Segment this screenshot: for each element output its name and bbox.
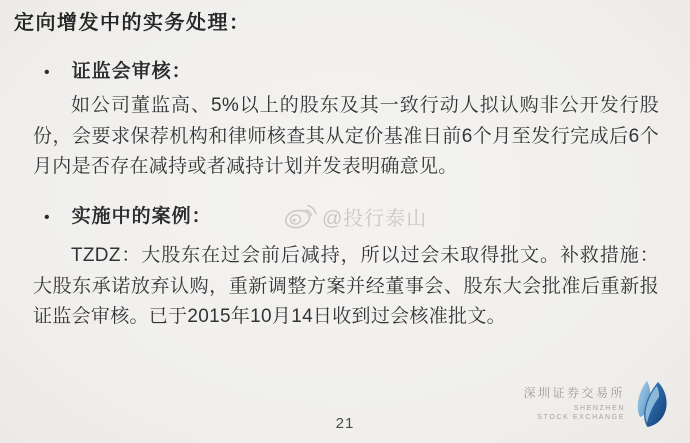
weibo-icon bbox=[283, 203, 317, 231]
bullet-label-csrc-review: 证监会审核： bbox=[72, 56, 192, 83]
bullet-item-csrc-review: • 证监会审核： bbox=[44, 56, 192, 83]
watermark-handle: @投行泰山 bbox=[322, 202, 427, 231]
watermark: @投行泰山 bbox=[283, 202, 427, 231]
bullet-item-case-in-practice: • 实施中的案例： bbox=[44, 201, 212, 228]
page-number: 21 bbox=[0, 415, 690, 432]
page-title: 定向增发中的实务处理： bbox=[14, 6, 251, 35]
exchange-name-cn: 深圳证券交易所 bbox=[523, 384, 625, 401]
paragraph-csrc-review: 如公司董监高、5%以上的股东及其一致行动人拟认购非公开发行股份，会要求保荐机构和… bbox=[33, 91, 659, 183]
exchange-name-en-line1: SHENZHEN bbox=[523, 404, 625, 413]
presentation-slide: 定向增发中的实务处理： • 证监会审核： 如公司董监高、5%以上的股东及其一致行… bbox=[0, 0, 690, 443]
bullet-label-case-in-practice: 实施中的案例： bbox=[72, 201, 212, 228]
paragraph-case-in-practice: TZDZ：大股东在过会前后减持，所以过会未取得批文。补救措施：大股东承诺放弃认购… bbox=[33, 241, 659, 333]
bullet-dot: • bbox=[44, 209, 50, 227]
bullet-dot: • bbox=[44, 64, 50, 82]
